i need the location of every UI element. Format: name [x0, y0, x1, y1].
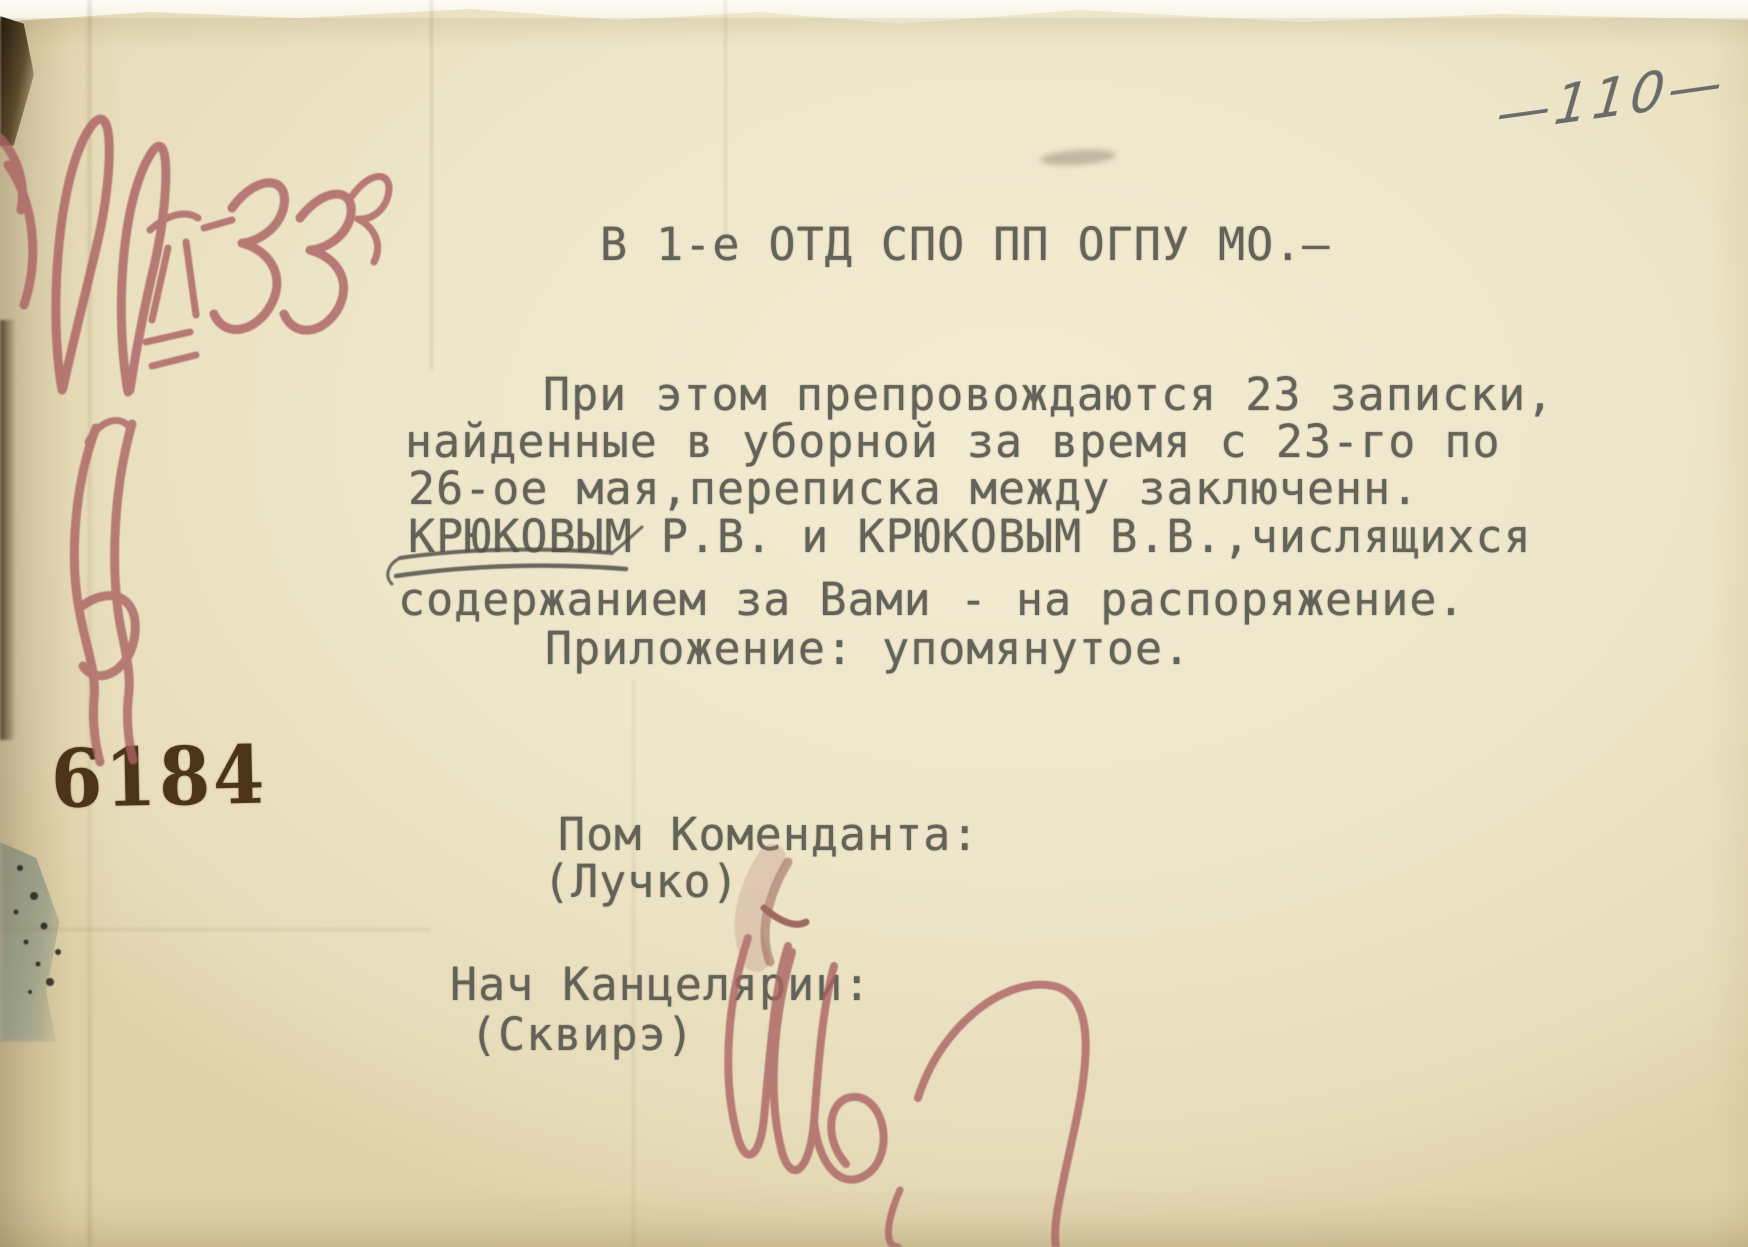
typed-underline: [388, 527, 642, 584]
document-scan: —110— В 1-е ОТД СПО ПП ОГПУ МО.— При это…: [0, 0, 1748, 1247]
red-pencil-flourish: [74, 420, 135, 762]
red-pencil-date-mark: [0, 119, 389, 392]
red-signature-scrawl: [728, 858, 1085, 1247]
ink-speckles: [14, 865, 62, 994]
handwritten-marks-layer: [0, 0, 1748, 1247]
